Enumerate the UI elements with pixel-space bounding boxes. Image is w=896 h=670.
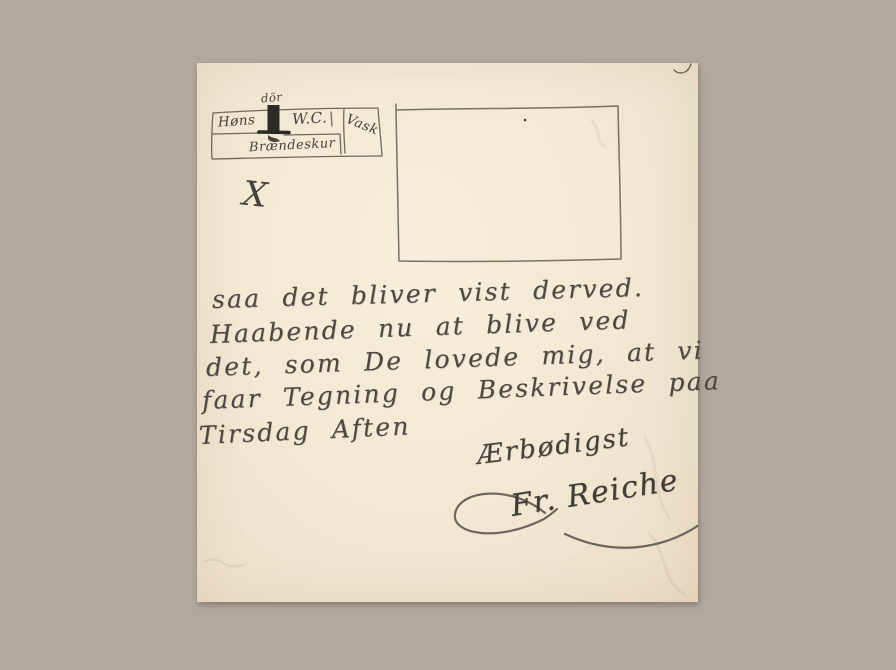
letter-signature: Fr. Reiche [508, 463, 681, 524]
large-rectangle-sketch [396, 104, 621, 261]
vask-label: Vask [344, 111, 381, 138]
scan-background: dör Høns W.C. Vask Brændeskur X saa det … [0, 0, 896, 670]
letter-closing: Ærbødigst [475, 422, 632, 471]
door-label: dör [260, 90, 283, 106]
letter-paper: dör Høns W.C. Vask Brændeskur X saa det … [197, 63, 698, 602]
stray-pencil-mark [674, 64, 691, 73]
room-left-label: Høns [216, 112, 256, 131]
floorplan-sketch: dör Høns W.C. Vask Brændeskur X [212, 90, 382, 217]
shed-label: Brændeskur [248, 136, 336, 156]
floorplan-outline [212, 108, 382, 159]
door-hinge-blob [268, 135, 280, 142]
large-rectangle-outline [396, 104, 621, 261]
pencil-dot [524, 119, 527, 122]
x-mark: X [238, 173, 271, 216]
letter-line: Tirsdag Aften [198, 411, 411, 450]
door-mark [268, 105, 280, 132]
wc-label: W.C. [292, 108, 328, 128]
door-heavy-line [259, 132, 289, 133]
